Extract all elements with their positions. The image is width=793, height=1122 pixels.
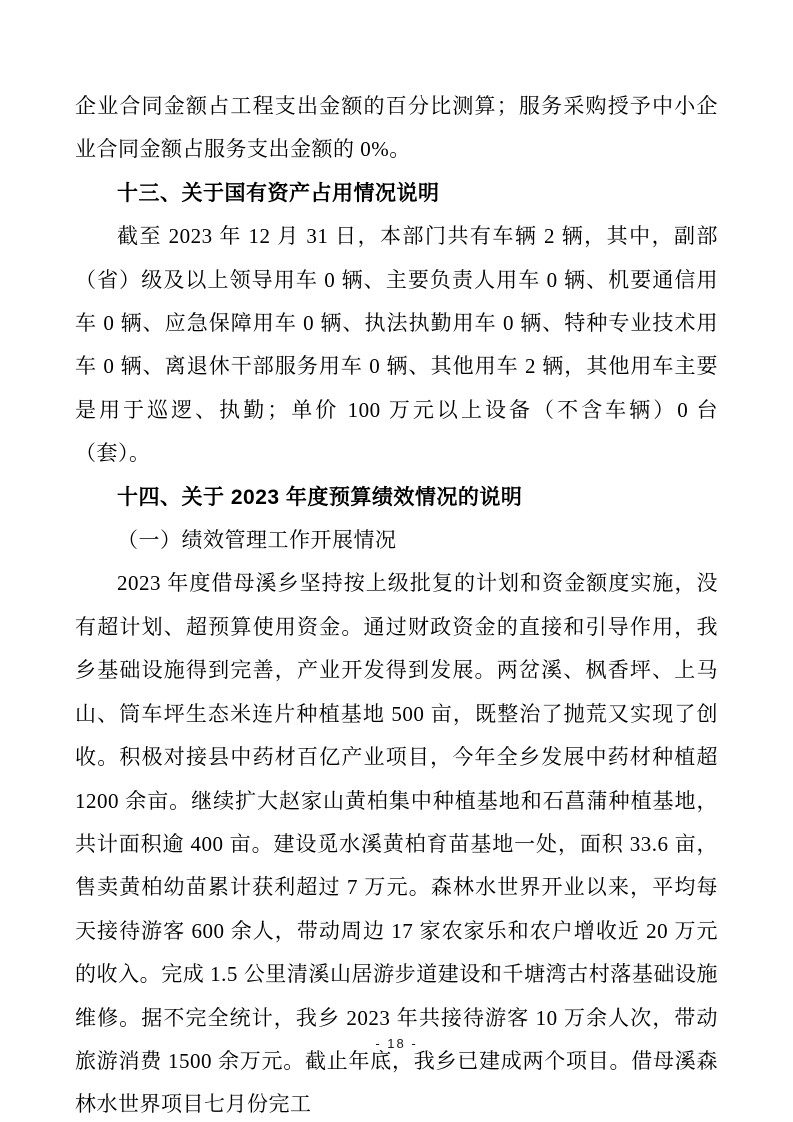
- section-heading: 十三、关于国有资产占用情况说明: [75, 172, 718, 215]
- document-page: 企业合同金额占工程支出金额的百分比测算；服务采购授予中小企业合同金额占服务支出金…: [0, 0, 793, 1122]
- section-heading: 十四、关于 2023 年度预算绩效情况的说明: [75, 476, 718, 519]
- subsection-heading: （一）绩效管理工作开展情况: [75, 519, 718, 562]
- document-body: 企业合同金额占工程支出金额的百分比测算；服务采购授予中小企业合同金额占服务支出金…: [75, 85, 718, 1122]
- paragraph: 截至 2023 年 12 月 31 日，本部门共有车辆 2 辆，其中，副部（省）…: [75, 215, 718, 475]
- page-number: - 18 -: [0, 1036, 793, 1051]
- body-continuation: 企业合同金额占工程支出金额的百分比测算；服务采购授予中小企业合同金额占服务支出金…: [75, 85, 718, 172]
